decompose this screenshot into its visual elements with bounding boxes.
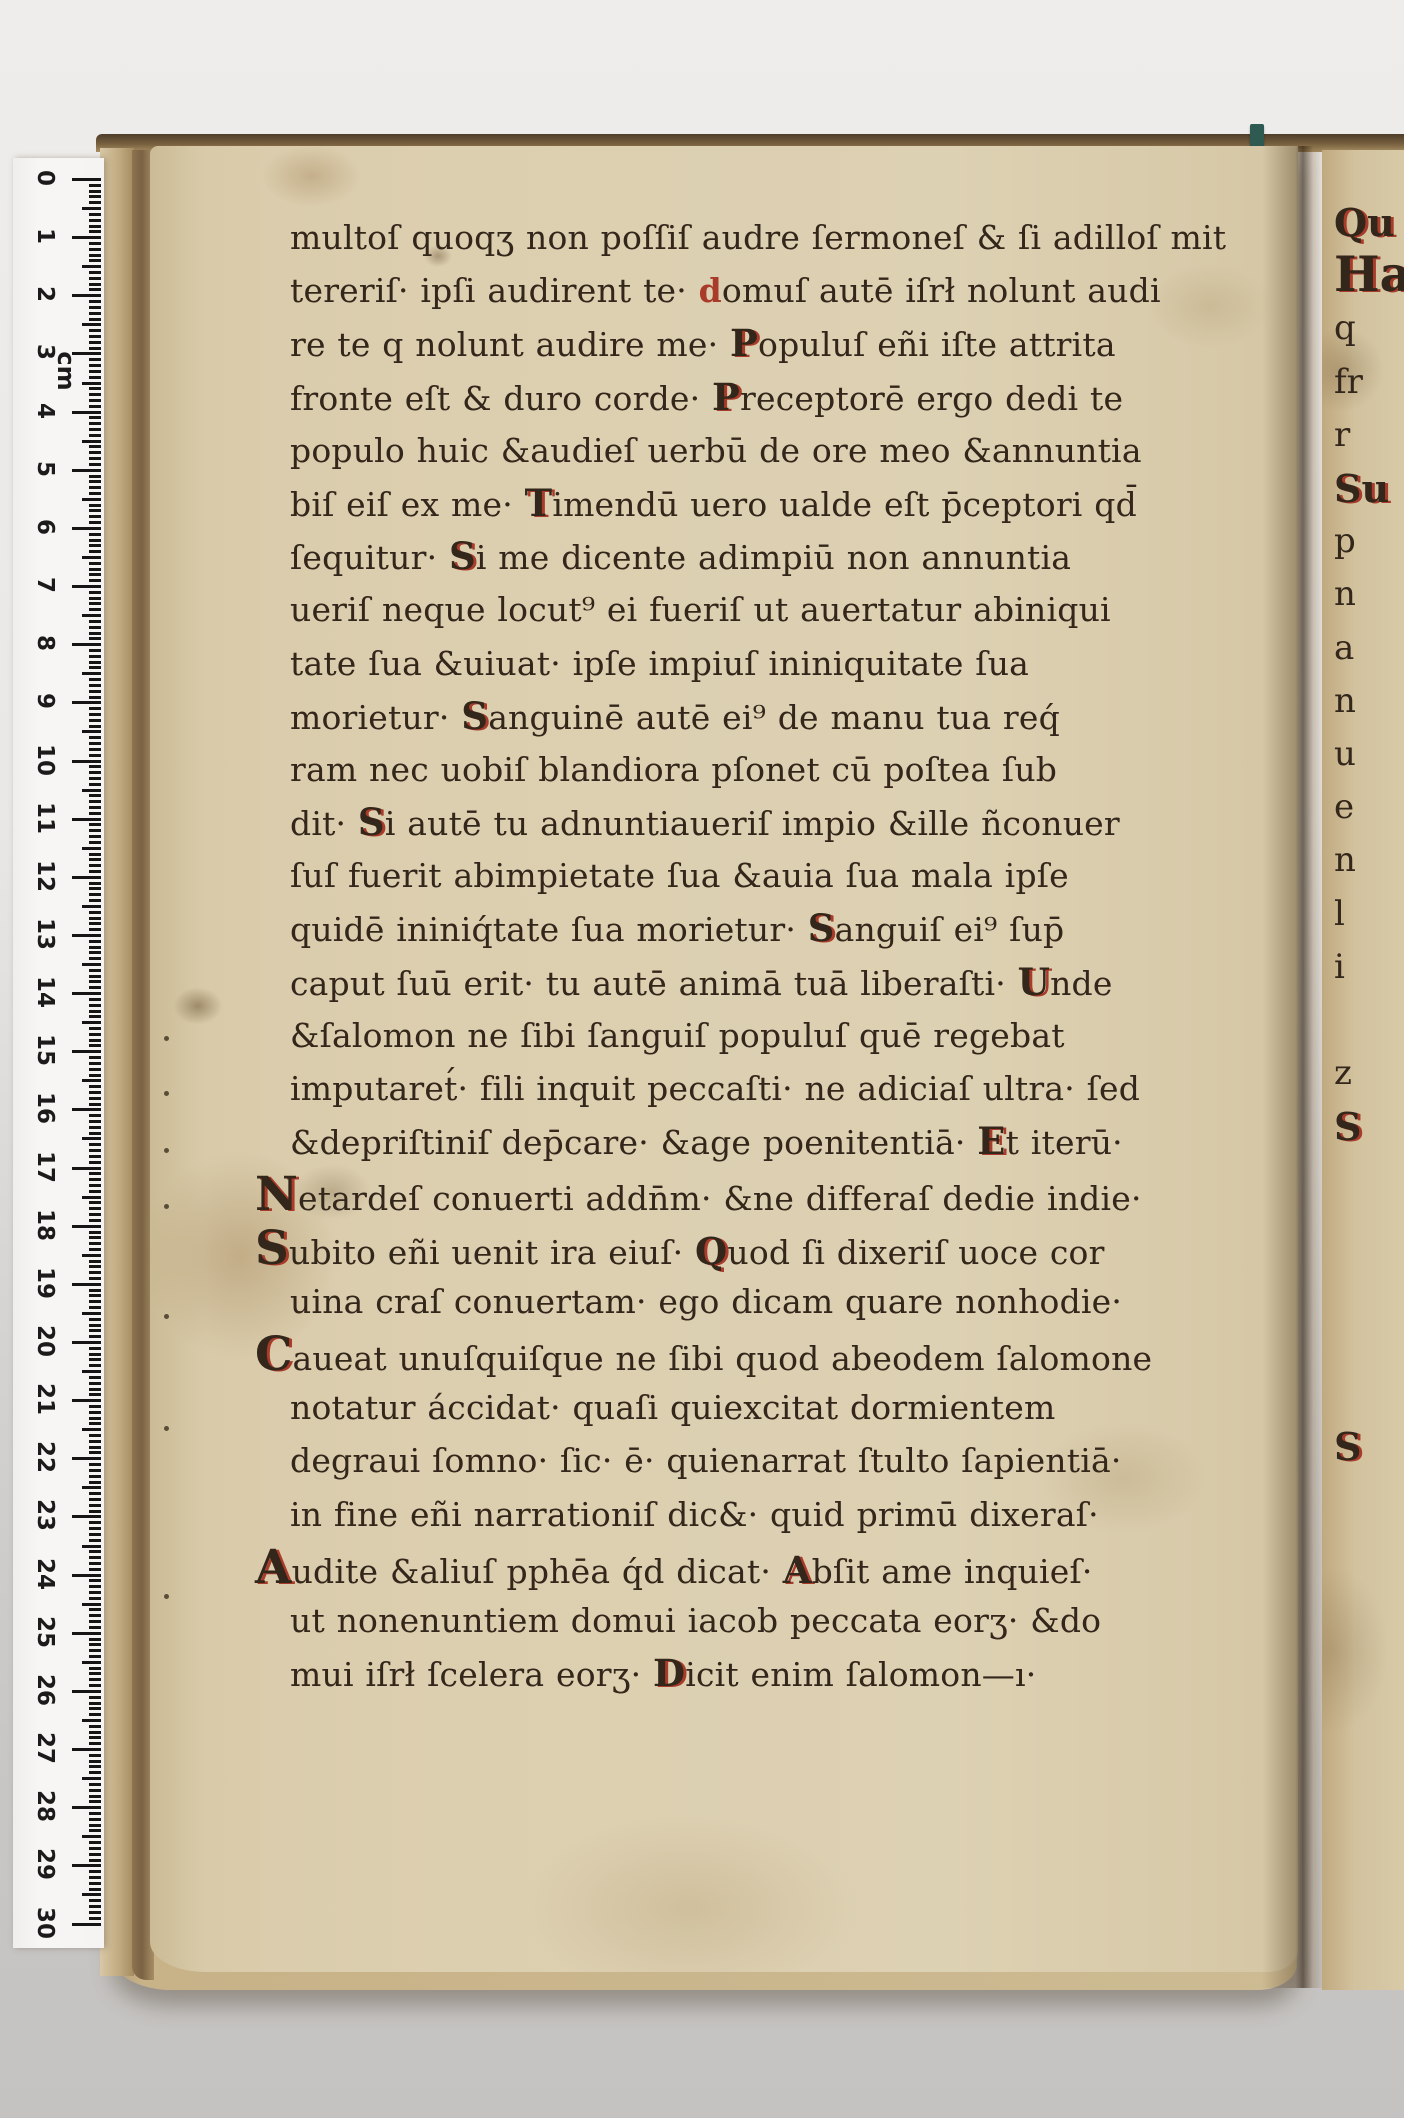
- ruler-number: 20: [31, 1325, 59, 1357]
- ruler-tick: [89, 1062, 101, 1065]
- line-text: populo huic &audieſ uerbū de ore meo &an…: [290, 431, 1142, 470]
- ruler-tick: [89, 550, 101, 553]
- line-text: anguiſ ei⁹ ſup̄: [835, 910, 1065, 949]
- ruler-tick: [89, 579, 101, 582]
- ruler-tick: [89, 1847, 101, 1850]
- ruler-tick: [89, 1911, 101, 1914]
- ruler-tick: [89, 882, 101, 885]
- ruler-number: 18: [31, 1209, 59, 1241]
- ruler-tick: [89, 690, 101, 693]
- ruler-tick: [82, 1835, 101, 1838]
- ruler-number: 17: [31, 1151, 59, 1183]
- ruler-tick: [89, 771, 101, 774]
- ruler-tick: [89, 376, 101, 379]
- ruler-tick: [89, 725, 101, 728]
- ruler-tick: [89, 922, 101, 925]
- ruler-tick: [89, 1015, 101, 1018]
- ruler-tick: [89, 1859, 101, 1862]
- ruler-tick: [89, 1905, 101, 1908]
- ruler-tick: [89, 1824, 101, 1827]
- ruler-tick: [89, 829, 101, 832]
- ruler-tick: [82, 1719, 101, 1722]
- ruler-tick: [89, 405, 101, 408]
- facing-line-fragment: n: [1334, 834, 1356, 887]
- ruler-tick: [89, 201, 101, 204]
- ruler-tick: [89, 713, 101, 716]
- ruler-tick: [89, 591, 101, 594]
- ruler-tick: [89, 213, 101, 216]
- ruler-tick: [89, 632, 101, 635]
- ruler-tick: [89, 858, 101, 861]
- ruler-tick: [89, 1265, 101, 1268]
- line-text: uod ſi dixeriſ uoce cor: [727, 1233, 1104, 1272]
- page-edge-strip: [100, 148, 134, 1976]
- ruler-tick: [89, 608, 101, 611]
- ruler-tick: [89, 1469, 101, 1472]
- ruler-tick: [72, 1923, 101, 1926]
- ruler-tick: [89, 259, 101, 262]
- manuscript-line: &depriſtiniſ dep̄care· &age poenitentiā·…: [255, 1115, 1404, 1168]
- ruler-tick: [72, 585, 101, 588]
- ruler-tick: [72, 1167, 101, 1170]
- ruler-tick: [89, 1614, 101, 1617]
- ruler-tick: [89, 1725, 101, 1728]
- ruler-tick: [89, 445, 101, 448]
- line-text: t iterū·: [1006, 1123, 1123, 1162]
- rubric-initial: C: [255, 1327, 293, 1382]
- line-text: multoſ quoqʒ non poſſiſ audre ſermoneſ &…: [290, 218, 1226, 257]
- ruler-tick: [89, 1143, 101, 1146]
- ruler-tick: [89, 1585, 101, 1588]
- ruler-tick: [89, 1056, 101, 1059]
- ruler-tick: [82, 1486, 101, 1489]
- ruler-tick: [72, 1283, 101, 1286]
- ruler-tick: [89, 1882, 101, 1885]
- ruler-tick: [89, 1771, 101, 1774]
- ruler-tick: [89, 1324, 101, 1327]
- ruler-tick: [89, 1213, 101, 1216]
- manuscript-line: in fine eñi narrationiſ dic&· quid primū…: [255, 1488, 1404, 1541]
- ruler-tick: [89, 1841, 101, 1844]
- ruler-tick: [89, 1306, 101, 1309]
- ruler-tick: [89, 864, 101, 867]
- ruler-tick: [89, 887, 101, 890]
- ruler-tick: [82, 207, 101, 210]
- ruler-tick: [89, 515, 101, 518]
- ruler-tick: [89, 928, 101, 931]
- line-text: i autē tu adnuntiaueriſ impio &ille ñcon…: [385, 804, 1120, 843]
- line-text: anguinē autē ei⁹ de manu tua req́: [488, 698, 1060, 737]
- ruler-number: 14: [31, 976, 59, 1008]
- ruler-number: 23: [31, 1499, 59, 1531]
- ruler-tick: [89, 1853, 101, 1856]
- ruler-tick: [72, 1225, 101, 1228]
- manuscript-line: Subito eñi uenit ira eiuſ· Quod ſi dixer…: [255, 1222, 1404, 1275]
- line-text: ſequitur·: [290, 538, 449, 577]
- ruler-tick: [82, 556, 101, 559]
- ruler-tick: [89, 1440, 101, 1443]
- manuscript-line: ram nec uobiſ blandiora pſonet cū poſtea…: [255, 743, 1404, 796]
- ruler-tick: [89, 1097, 101, 1100]
- manuscript-page: multoſ quoqʒ non poſſiſ audre ſermoneſ &…: [150, 146, 1298, 1972]
- ruler-tick: [72, 876, 101, 879]
- ruler-tick: [89, 300, 101, 303]
- ruler-tick: [89, 1795, 101, 1798]
- manuscript-line: caput ſuū erit· tu autē animā tuā libera…: [255, 956, 1404, 1009]
- ruler-tick: [89, 1010, 101, 1013]
- ruler-tick: [89, 765, 101, 768]
- ruler-number: 19: [31, 1267, 59, 1299]
- ruler-tick: [89, 1754, 101, 1757]
- ruler-tick: [89, 1620, 101, 1623]
- ruler-tick: [82, 1137, 101, 1140]
- ruler-tick: [89, 666, 101, 669]
- ruler-tick: [89, 1521, 101, 1524]
- ruler-tick: [89, 457, 101, 460]
- ruler-tick: [89, 1702, 101, 1705]
- line-text: in fine eñi narrationiſ dic&· quid primū…: [290, 1495, 1099, 1534]
- facing-line-fragment: l: [1334, 888, 1345, 941]
- ruler-tick: [89, 1126, 101, 1129]
- ruler-tick: [89, 533, 101, 536]
- ruler-tick: [89, 1242, 101, 1245]
- line-text: ut nonenuntiem domui iacob peccata eorʒ·…: [290, 1601, 1101, 1640]
- line-text: tate ſua &uiuat· ipſe impiuſ ininiquitat…: [290, 644, 1029, 683]
- facing-line-fragment: Su: [1334, 462, 1389, 518]
- ruler-tick: [89, 1818, 101, 1821]
- ruler-tick: [89, 1085, 101, 1088]
- ruler-tick: [89, 1696, 101, 1699]
- ruler-tick: [89, 1207, 101, 1210]
- ruler-tick: [89, 492, 101, 495]
- ruler-tick: [89, 225, 101, 228]
- ruler-tick: [89, 794, 101, 797]
- line-text: notatur áccidat· quaſi quiexcitat dormie…: [290, 1388, 1055, 1427]
- ruler-tick: [89, 812, 101, 815]
- line-text: dit·: [290, 804, 358, 843]
- ruler-tick: [89, 1684, 101, 1687]
- ruler-tick: [89, 597, 101, 600]
- manuscript-line: uina craſ conuertam· ego dicam quare non…: [255, 1275, 1404, 1328]
- ruler-tick: [82, 1777, 101, 1780]
- line-text: icit enim ſalomon—ı·: [685, 1655, 1036, 1694]
- manuscript-line: ſequitur· Si me dicente adimpiū non annu…: [255, 530, 1404, 583]
- line-text: tereriſ· ipſi audirent te·: [290, 271, 699, 310]
- line-text: bſit ame inquieſ·: [812, 1552, 1093, 1591]
- ruler-tick: [89, 957, 101, 960]
- ruler-tick: [89, 486, 101, 489]
- ruler-tick: [89, 434, 101, 437]
- ruler-tick: [89, 190, 101, 193]
- ruler-tick: [89, 1539, 101, 1542]
- ruler-tick: [89, 1643, 101, 1646]
- line-text: re te q nolunt audire me·: [290, 325, 730, 364]
- ruler-tick: [89, 637, 101, 640]
- rubric-initial: E: [977, 1119, 1005, 1163]
- ruler-tick: [89, 1300, 101, 1303]
- ruler-number: 0: [31, 162, 59, 194]
- ruler-tick: [72, 294, 101, 297]
- line-text: ram nec uobiſ blandiora pſonet cū poſtea…: [290, 750, 1057, 789]
- facing-line-fragment: i: [1334, 941, 1345, 994]
- ruler-tick: [89, 428, 101, 431]
- ruler: 0123456789101112131415161718192021222324…: [13, 158, 104, 1948]
- ruler-tick: [89, 312, 101, 315]
- rubric-initial: S: [255, 1221, 289, 1276]
- ruler-tick: [89, 1103, 101, 1106]
- ruler-tick: [89, 1417, 101, 1420]
- ruler-tick: [89, 1451, 101, 1454]
- ruler-tick: [89, 998, 101, 1001]
- ruler-tick: [89, 219, 101, 222]
- ruler-tick: [89, 1219, 101, 1222]
- ruler-tick: [89, 1382, 101, 1385]
- ruler-tick: [89, 283, 101, 286]
- ruler-number: 25: [31, 1616, 59, 1648]
- manuscript-line: Caueat unuſquiſque ne ſibi quod abeodem …: [255, 1328, 1404, 1381]
- ruler-tick: [89, 777, 101, 780]
- ruler-tick: [89, 370, 101, 373]
- ruler-tick: [89, 1329, 101, 1332]
- ruler-tick: [89, 544, 101, 547]
- ruler-tick: [89, 1294, 101, 1297]
- facing-line-fragment: u: [1334, 728, 1356, 781]
- ruler-tick: [89, 1201, 101, 1204]
- facing-line-fragment: n: [1334, 675, 1356, 728]
- ruler-tick: [89, 707, 101, 710]
- ruler-tick: [89, 539, 101, 542]
- ruler-number: 2: [31, 278, 59, 310]
- ruler-tick: [89, 1260, 101, 1263]
- ruler-tick: [89, 602, 101, 605]
- ruler-tick: [89, 1393, 101, 1396]
- ruler-tick: [89, 248, 101, 251]
- manuscript-line: fronte eſt & duro corde· Preceptorē ergo…: [255, 371, 1404, 424]
- ruler-tick: [89, 521, 101, 524]
- ruler-number: 16: [31, 1092, 59, 1124]
- ruler-tick: [89, 451, 101, 454]
- manuscript-line: dit· Si autē tu adnuntiaueriſ impio &ill…: [255, 796, 1404, 849]
- ruler-tick: [89, 1800, 101, 1803]
- manuscript-line: ueriſ neque locut⁹ ei fueriſ ut auertatu…: [255, 583, 1404, 636]
- ruler-tick: [72, 1690, 101, 1693]
- manuscript-line: morietur· Sanguinē autē ei⁹ de manu tua …: [255, 690, 1404, 743]
- ruler-tick: [89, 1899, 101, 1902]
- line-text: i me dicente adimpiū non annuntia: [476, 538, 1071, 577]
- manuscript-line: notatur áccidat· quaſi quiexcitat dormie…: [255, 1381, 1404, 1434]
- ruler-number: 28: [31, 1790, 59, 1822]
- facing-line-fragment: S: [1334, 1420, 1362, 1476]
- rubric-initial: Q: [695, 1229, 727, 1273]
- ruler-number: 13: [31, 918, 59, 950]
- ruler-tick: [72, 1457, 101, 1460]
- line-text: mui iſrł ſcelera eorʒ·: [290, 1655, 653, 1694]
- ruler-tick: [89, 1411, 101, 1414]
- ruler-tick: [89, 1713, 101, 1716]
- line-text: &depriſtiniſ dep̄care· &age poenitentiā·: [290, 1123, 977, 1162]
- ruler-tick: [89, 736, 101, 739]
- ruler-tick: [89, 1556, 101, 1559]
- ruler-tick: [72, 818, 101, 821]
- ruler-tick: [89, 1358, 101, 1361]
- line-text: biſ eiſ ex me·: [290, 485, 525, 524]
- ruler-tick: [89, 1591, 101, 1594]
- rubric-initial: N: [255, 1167, 298, 1222]
- ruler-tick: [72, 643, 101, 646]
- ruler-tick: [89, 655, 101, 658]
- ruler-tick: [89, 823, 101, 826]
- ruler-tick: [89, 1736, 101, 1739]
- facing-line-fragment: Qu: [1334, 196, 1395, 252]
- ruler-tick: [89, 1422, 101, 1425]
- ruler-tick: [89, 661, 101, 664]
- ruler-tick: [82, 672, 101, 675]
- ruler-number: 11: [31, 802, 59, 834]
- ruler-tick: [89, 1760, 101, 1763]
- ruler-tick: [89, 1829, 101, 1832]
- facing-line-fragment: r: [1334, 409, 1350, 462]
- ruler-tick: [89, 416, 101, 419]
- ruler-tick: [89, 1033, 101, 1036]
- ruler-tick: [89, 254, 101, 257]
- rubric-initial: U: [1018, 960, 1050, 1004]
- ruler-number: 27: [31, 1732, 59, 1764]
- ruler-tick: [89, 306, 101, 309]
- ruler-tick: [89, 1510, 101, 1513]
- ruler-tick: [89, 1765, 101, 1768]
- ruler-tick: [82, 498, 101, 501]
- rubric-initial: d: [699, 271, 722, 310]
- ruler-tick: [89, 1527, 101, 1530]
- ruler-tick: [82, 1079, 101, 1082]
- line-text: etardeſ conuerti addn̄m· &ne differaſ de…: [298, 1179, 1142, 1218]
- ruler-tick: [89, 288, 101, 291]
- ruler-tick: [89, 1707, 101, 1710]
- ruler-tick: [89, 573, 101, 576]
- rubric-initial: S: [808, 906, 835, 950]
- ruler-tick: [89, 783, 101, 786]
- ruler-tick: [89, 719, 101, 722]
- ruler-tick: [89, 684, 101, 687]
- ruler-tick: [72, 236, 101, 239]
- ruler-tick: [72, 1748, 101, 1751]
- ruler-tick: [89, 853, 101, 856]
- ruler-tick: [89, 242, 101, 245]
- manuscript-line: quidē ininiq́tate ſua morietur· Sanguiſ …: [255, 902, 1404, 955]
- ruler-tick: [72, 992, 101, 995]
- line-text: ubito eñi uenit ira eiuſ·: [289, 1233, 695, 1272]
- ruler-number: 7: [31, 569, 59, 601]
- ruler-tick: [89, 1155, 101, 1158]
- ruler-tick: [89, 1149, 101, 1152]
- manuscript-line: mui iſrł ſcelera eorʒ· Dicit enim ſalomo…: [255, 1647, 1404, 1700]
- line-text: nde: [1050, 964, 1113, 1003]
- ruler-tick: [89, 335, 101, 338]
- line-text: morietur·: [290, 698, 461, 737]
- ruler-tick: [89, 271, 101, 274]
- ruler-tick: [82, 1196, 101, 1199]
- ruler-tick: [89, 1568, 101, 1571]
- line-text: uina craſ conuertam· ego dicam quare non…: [290, 1282, 1122, 1321]
- ruler-tick: [89, 1178, 101, 1181]
- ruler-tick: [89, 509, 101, 512]
- ruler-tick: [89, 1027, 101, 1030]
- ruler-tick: [72, 760, 101, 763]
- ruler-tick: [82, 1428, 101, 1431]
- ruler-tick: [82, 1661, 101, 1664]
- ruler-tick: [89, 1608, 101, 1611]
- ruler-tick: [89, 835, 101, 838]
- manuscript-line: imputaret́· fili inquit peccaſti· ne adi…: [255, 1062, 1404, 1115]
- ruler-tick: [89, 870, 101, 873]
- rubric-initial: S: [449, 534, 476, 578]
- ruler-tick: [89, 1742, 101, 1745]
- ruler-tick: [82, 382, 101, 385]
- ruler-tick: [89, 1492, 101, 1495]
- manuscript-line: biſ eiſ ex me· Timendū uero ualde eſt p̄…: [255, 477, 1404, 530]
- ruler-number: 30: [31, 1907, 59, 1939]
- ruler-tick: [89, 568, 101, 571]
- rubric-initial: P: [730, 321, 758, 365]
- manuscript-line: multoſ quoqʒ non poſſiſ audre ſermoneſ &…: [255, 211, 1404, 264]
- ruler-tick: [72, 1864, 101, 1867]
- ruler-number: 8: [31, 627, 59, 659]
- ruler-tick: [89, 1678, 101, 1681]
- ruler-tick: [89, 986, 101, 989]
- ruler-tick: [89, 1649, 101, 1652]
- ruler-tick: [89, 329, 101, 332]
- ruler-tick: [89, 748, 101, 751]
- ruler-tick: [89, 475, 101, 478]
- ruler-tick: [89, 195, 101, 198]
- ruler-tick: [89, 1550, 101, 1553]
- manuscript-line: &ſalomon ne ſibi ſanguiſ populuſ quē reg…: [255, 1009, 1404, 1062]
- ruler-tick: [82, 905, 101, 908]
- facing-line-fragment: fr: [1334, 356, 1363, 409]
- rubric-initial: A: [783, 1548, 812, 1592]
- ruler-tick: [72, 178, 101, 181]
- ruler-tick: [89, 1335, 101, 1338]
- ruler-tick: [89, 754, 101, 757]
- line-text: degraui ſomno· ſic· ē· quienarrat ſtulto…: [290, 1441, 1122, 1480]
- ruler-tick: [89, 1498, 101, 1501]
- rubric-initial: T: [525, 481, 553, 525]
- facing-line-fragment: Ha: [1334, 249, 1404, 307]
- ruler-tick: [89, 1231, 101, 1234]
- ruler-tick: [89, 1876, 101, 1879]
- ruler-number: 22: [31, 1441, 59, 1473]
- manuscript-photo: multoſ quoqʒ non poſſiſ audre ſermoneſ &…: [0, 0, 1404, 2118]
- ruler-tick: [89, 1888, 101, 1891]
- ruler-number: 26: [31, 1674, 59, 1706]
- ruler-tick: [89, 504, 101, 507]
- ruler-tick: [82, 1893, 101, 1896]
- ruler-tick: [89, 1783, 101, 1786]
- ruler-tick: [89, 1172, 101, 1175]
- ruler-tick: [72, 1050, 101, 1053]
- text-block: multoſ quoqʒ non poſſiſ audre ſermoneſ &…: [255, 211, 1404, 1700]
- ruler-tick: [82, 614, 101, 617]
- ruler-tick: [89, 940, 101, 943]
- ruler-tick: [89, 1044, 101, 1047]
- facing-line-fragment: S: [1334, 1100, 1362, 1156]
- ruler-tick: [89, 1318, 101, 1321]
- ruler-tick: [82, 789, 101, 792]
- line-text: receptorē ergo dedi te: [740, 379, 1123, 418]
- ruler-tick: [72, 1341, 101, 1344]
- ruler-tick: [89, 1870, 101, 1873]
- ruler-tick: [72, 1632, 101, 1635]
